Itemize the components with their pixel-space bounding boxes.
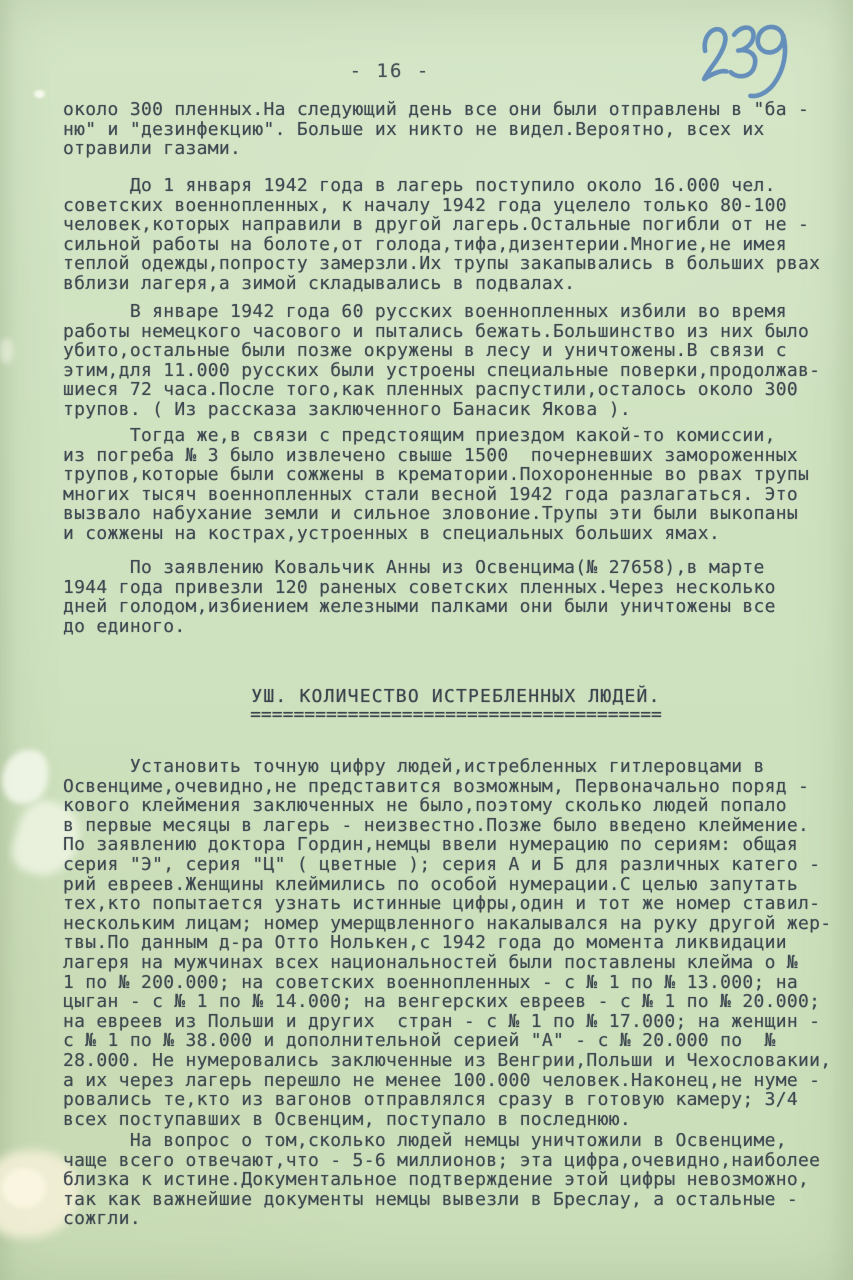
scanned-document-page: 239 - 16 - около 300 пленных.На следующи…: [0, 0, 853, 1280]
paper-speck: [34, 90, 45, 98]
page-number: - 16 -: [0, 60, 780, 82]
paper-damage-spot: [2, 750, 48, 804]
section-heading-underline: ======================================: [63, 709, 849, 721]
paragraph-gassing: около 300 пленных.На следующий день все …: [63, 100, 849, 159]
paragraph-escape-attempt: В январе 1942 года 60 русских военноплен…: [63, 302, 849, 420]
paragraph-total-estimate: На вопрос о том,сколько людей немцы унич…: [63, 1131, 849, 1229]
paper-speck: [0, 338, 14, 364]
paragraph-kovalchik-testimony: По заявлению Ковальчик Анны из Освенцима…: [63, 558, 849, 636]
section-heading: УШ. КОЛИЧЕСТВО ИСТРЕБЛЕННЫХ ЛЮДЕЙ. =====…: [63, 686, 849, 721]
paragraph-prisoner-arrivals-1942: До 1 января 1942 года в лагерь поступило…: [63, 176, 849, 294]
paper-damage-corner: [2, 1168, 46, 1208]
paragraph-commission-corpses: Тогда же,в связи с предстоящим приездом …: [63, 426, 849, 544]
paragraph-numbering-system: Установить точную цифру людей,истребленн…: [63, 757, 849, 1129]
